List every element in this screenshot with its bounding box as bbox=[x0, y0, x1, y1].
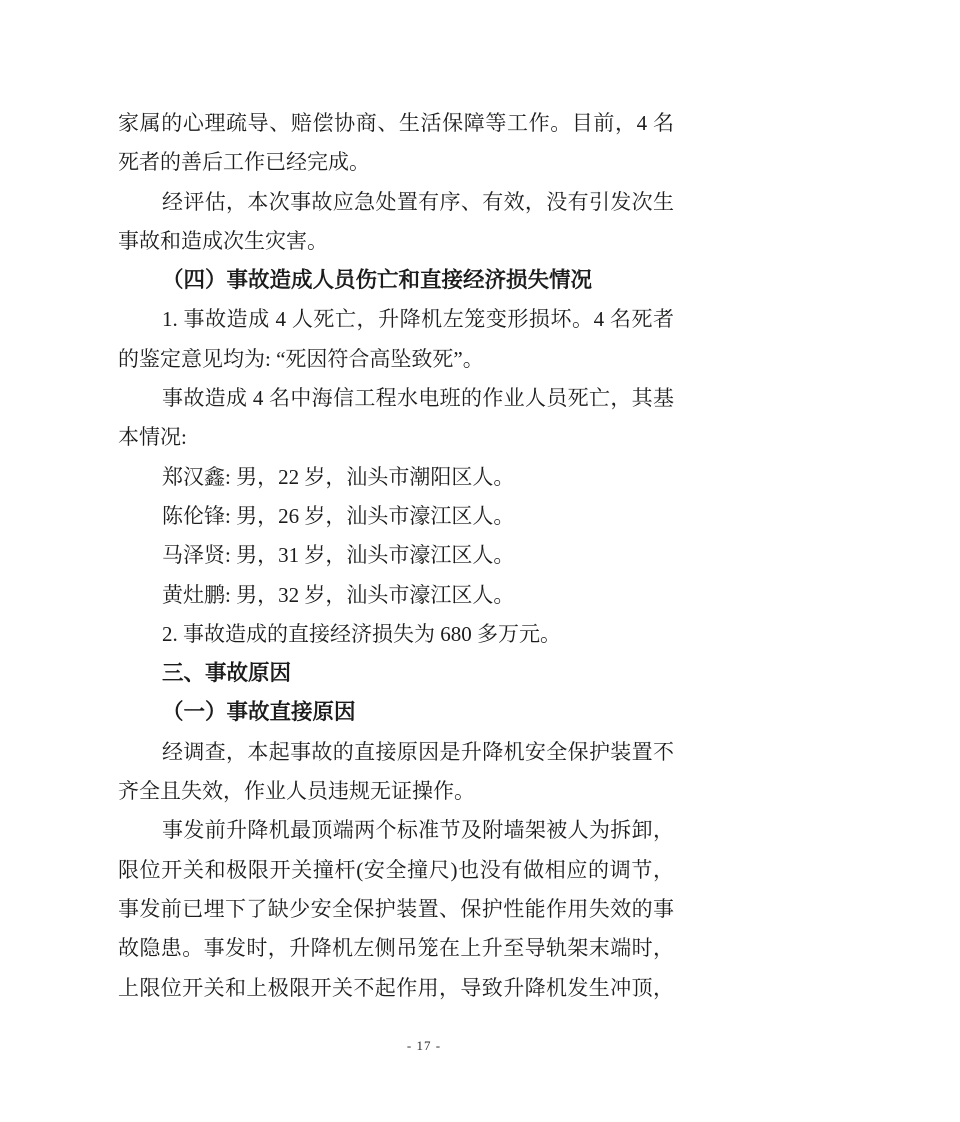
text-line: 死者的善后工作已经完成。 bbox=[118, 143, 674, 182]
text-line: 1. 事故造成 4 人死亡，升降机左笼变形损坏。4 名死者 bbox=[118, 300, 674, 339]
document-page: 家属的心理疏导、赔偿协商、生活保障等工作。目前，4 名死者的善后工作已经完成。经… bbox=[0, 0, 960, 1122]
text-line: 事发前升降机最顶端两个标准节及附墙架被人为拆卸， bbox=[118, 811, 674, 850]
text-line: 事故造成 4 名中海信工程水电班的作业人员死亡，其基 bbox=[118, 379, 674, 418]
text-line: 本情况: bbox=[118, 418, 674, 457]
text-line: 限位开关和极限开关撞杆(安全撞尺)也没有做相应的调节， bbox=[118, 851, 674, 890]
text-line: 郑汉鑫: 男，22 岁，汕头市潮阳区人。 bbox=[118, 458, 674, 497]
page-number: - 17 - bbox=[374, 1038, 474, 1054]
text-line: 2. 事故造成的直接经济损失为 680 多万元。 bbox=[118, 615, 674, 654]
text-line: 经评估，本次事故应急处置有序、有效，没有引发次生 bbox=[118, 183, 674, 222]
section-heading: 三、事故原因 bbox=[118, 654, 674, 693]
text-line: 陈伦锋: 男，26 岁，汕头市濠江区人。 bbox=[118, 497, 674, 536]
section-heading: （一）事故直接原因 bbox=[118, 693, 674, 732]
text-line: 的鉴定意见均为: “死因符合高坠致死”。 bbox=[118, 340, 674, 379]
text-line: 上限位开关和上极限开关不起作用，导致升降机发生冲顶， bbox=[118, 969, 674, 1008]
text-line: 经调查，本起事故的直接原因是升降机安全保护装置不 bbox=[118, 733, 674, 772]
text-line: 故隐患。事发时，升降机左侧吊笼在上升至导轨架末端时， bbox=[118, 929, 674, 968]
text-line: 黄灶鹏: 男，32 岁，汕头市濠江区人。 bbox=[118, 576, 674, 615]
document-body: 家属的心理疏导、赔偿协商、生活保障等工作。目前，4 名死者的善后工作已经完成。经… bbox=[118, 104, 674, 1008]
text-line: 事发前已埋下了缺少安全保护装置、保护性能作用失效的事 bbox=[118, 890, 674, 929]
text-line: 齐全且失效，作业人员违规无证操作。 bbox=[118, 772, 674, 811]
text-line: 马泽贤: 男，31 岁，汕头市濠江区人。 bbox=[118, 536, 674, 575]
section-heading: （四）事故造成人员伤亡和直接经济损失情况 bbox=[118, 261, 674, 300]
text-line: 家属的心理疏导、赔偿协商、生活保障等工作。目前，4 名 bbox=[118, 104, 674, 143]
text-line: 事故和造成次生灾害。 bbox=[118, 222, 674, 261]
